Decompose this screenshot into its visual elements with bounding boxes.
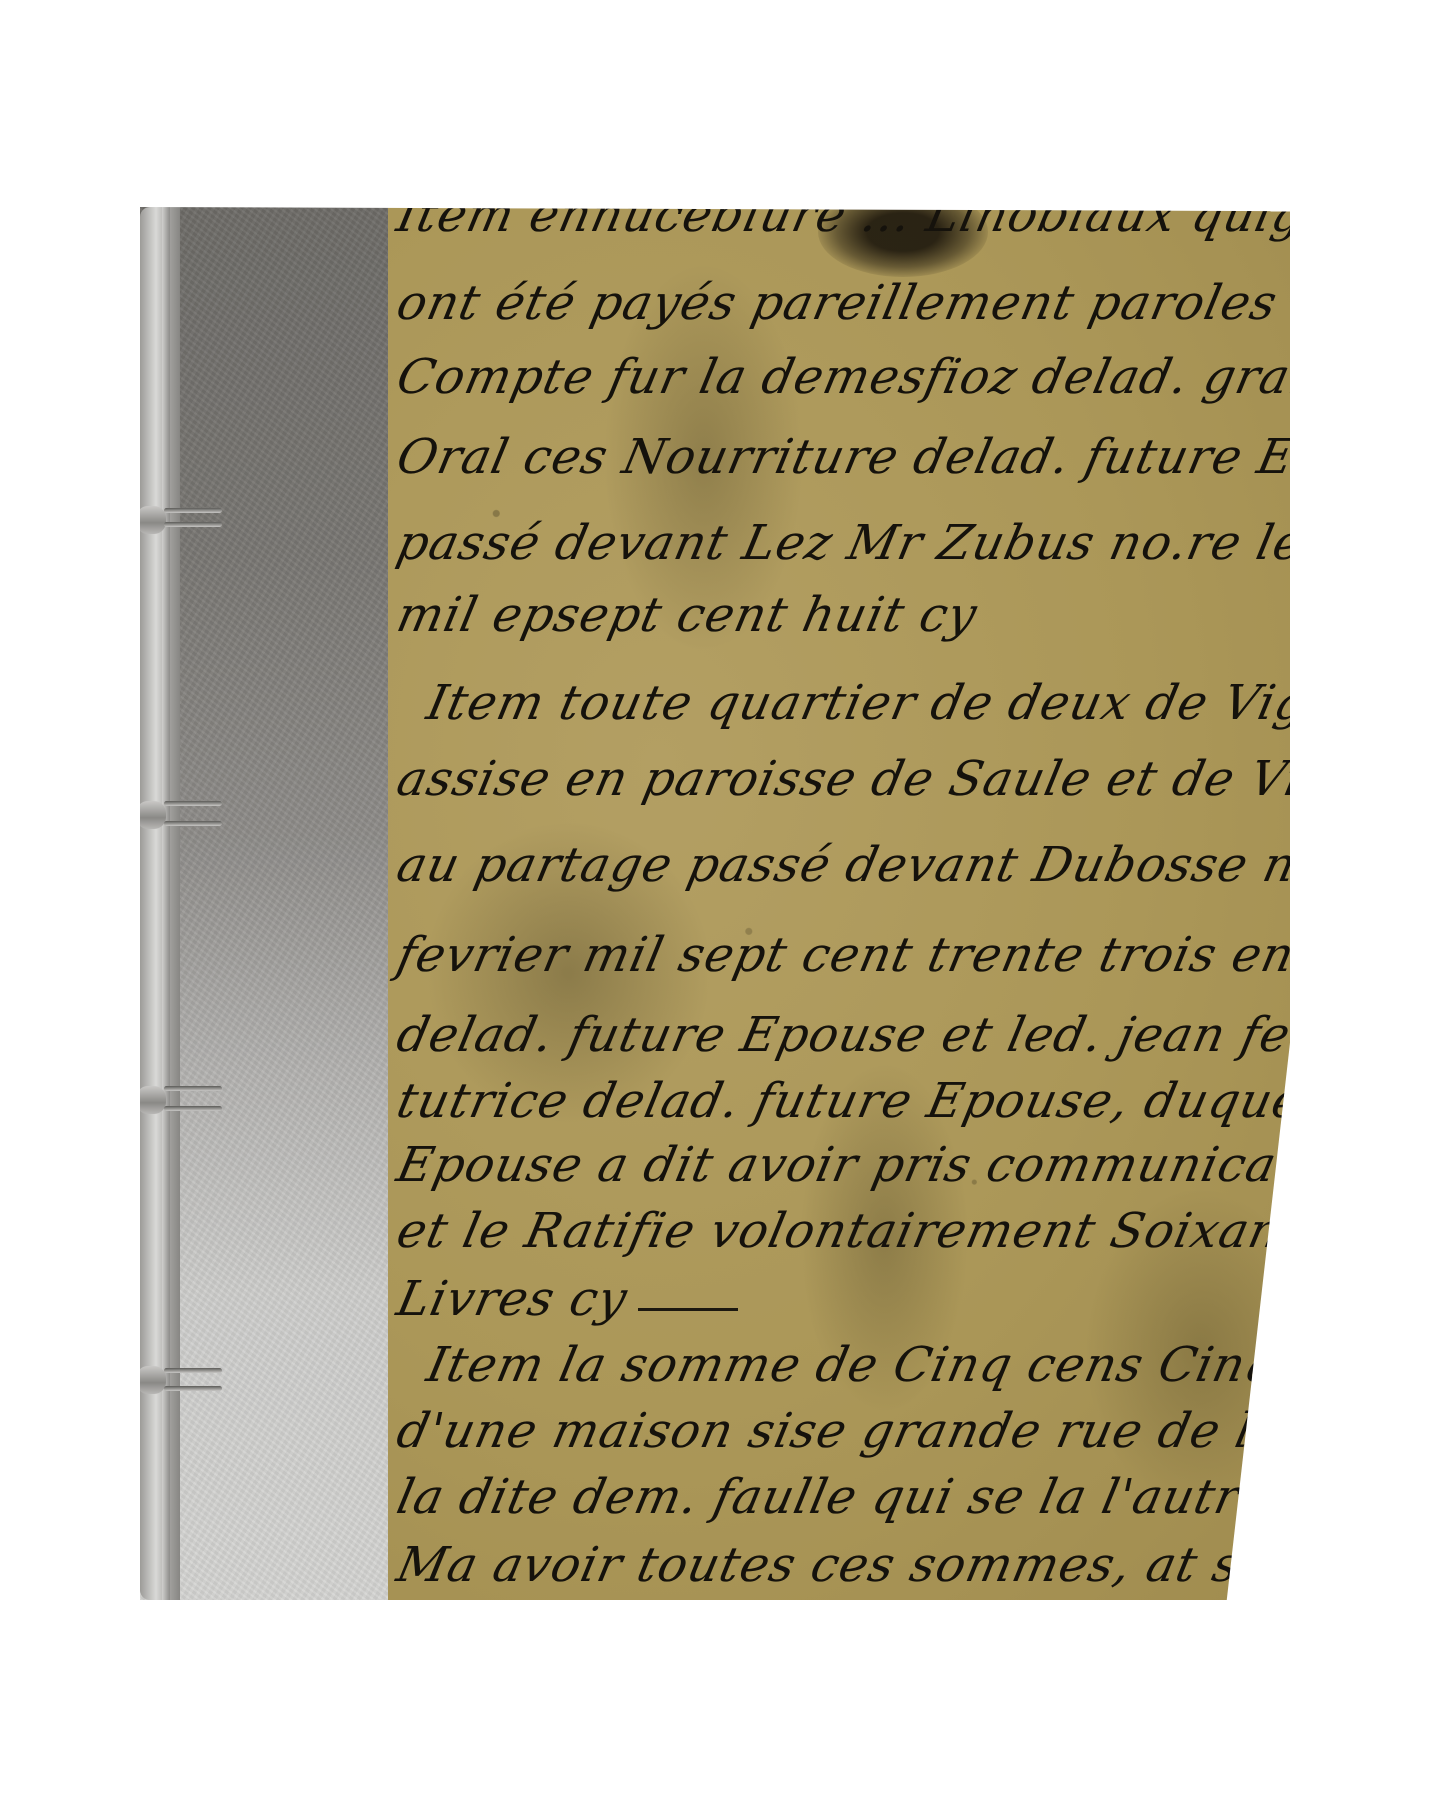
book-spine: [140, 207, 388, 1600]
script-line: Item toute quartier de deux de Vigne en: [422, 675, 1290, 731]
script-line: Oral ces Nourriture delad. future Epouse: [392, 429, 1290, 485]
book: Item ennuceblure ... Linoblaux qulg ont …: [140, 207, 1290, 1600]
spine-band: [136, 797, 226, 831]
script-line: et le Ratifie volontairement Soixante: [392, 1203, 1290, 1259]
script-line: d'une maison sise grande rue de long l'a…: [392, 1403, 1290, 1459]
spine-band: [136, 1362, 226, 1396]
script-line: Compte fur la demesfioz delad. grande fa…: [392, 349, 1290, 405]
spine-band: [136, 502, 226, 536]
script-rule: [638, 1308, 738, 1311]
script-line: fevrier mil sept cent trente trois entre…: [392, 927, 1290, 983]
script-line: au partage passé devant Dubosse no.re à …: [392, 837, 1290, 893]
script-line: delad. future Epouse et led. jean feuill…: [392, 1007, 1290, 1063]
script-line: assise en paroisse de Saule et de Villem…: [392, 751, 1290, 807]
book-cover: Item ennuceblure ... Linoblaux qulg ont …: [388, 207, 1290, 1600]
script-line: Item ennuceblure ... Linoblaux qulg: [392, 207, 1290, 243]
script-line: passé devant Lez Mr Zubus no.re le Vingt: [392, 515, 1290, 571]
script-line: mil epsept cent huit cy: [392, 587, 982, 643]
script-line: Livres cy: [392, 1271, 632, 1327]
script-line: Item la somme de Cinq cens Cinquante Liv…: [422, 1337, 1290, 1393]
script-line: Ma avoir toutes ces sommes, at somme gra…: [392, 1537, 1290, 1593]
script-line: la dite dem. faulle qui se la l'autre mo…: [392, 1469, 1290, 1525]
script-line: tutrice delad. future Epouse, duquel par: [392, 1073, 1290, 1129]
spine-band: [136, 1082, 226, 1116]
script-line: ont été payés pareillement paroles Saill…: [392, 275, 1290, 331]
script-line: Epouse a dit avoir pris communication: [392, 1137, 1290, 1193]
